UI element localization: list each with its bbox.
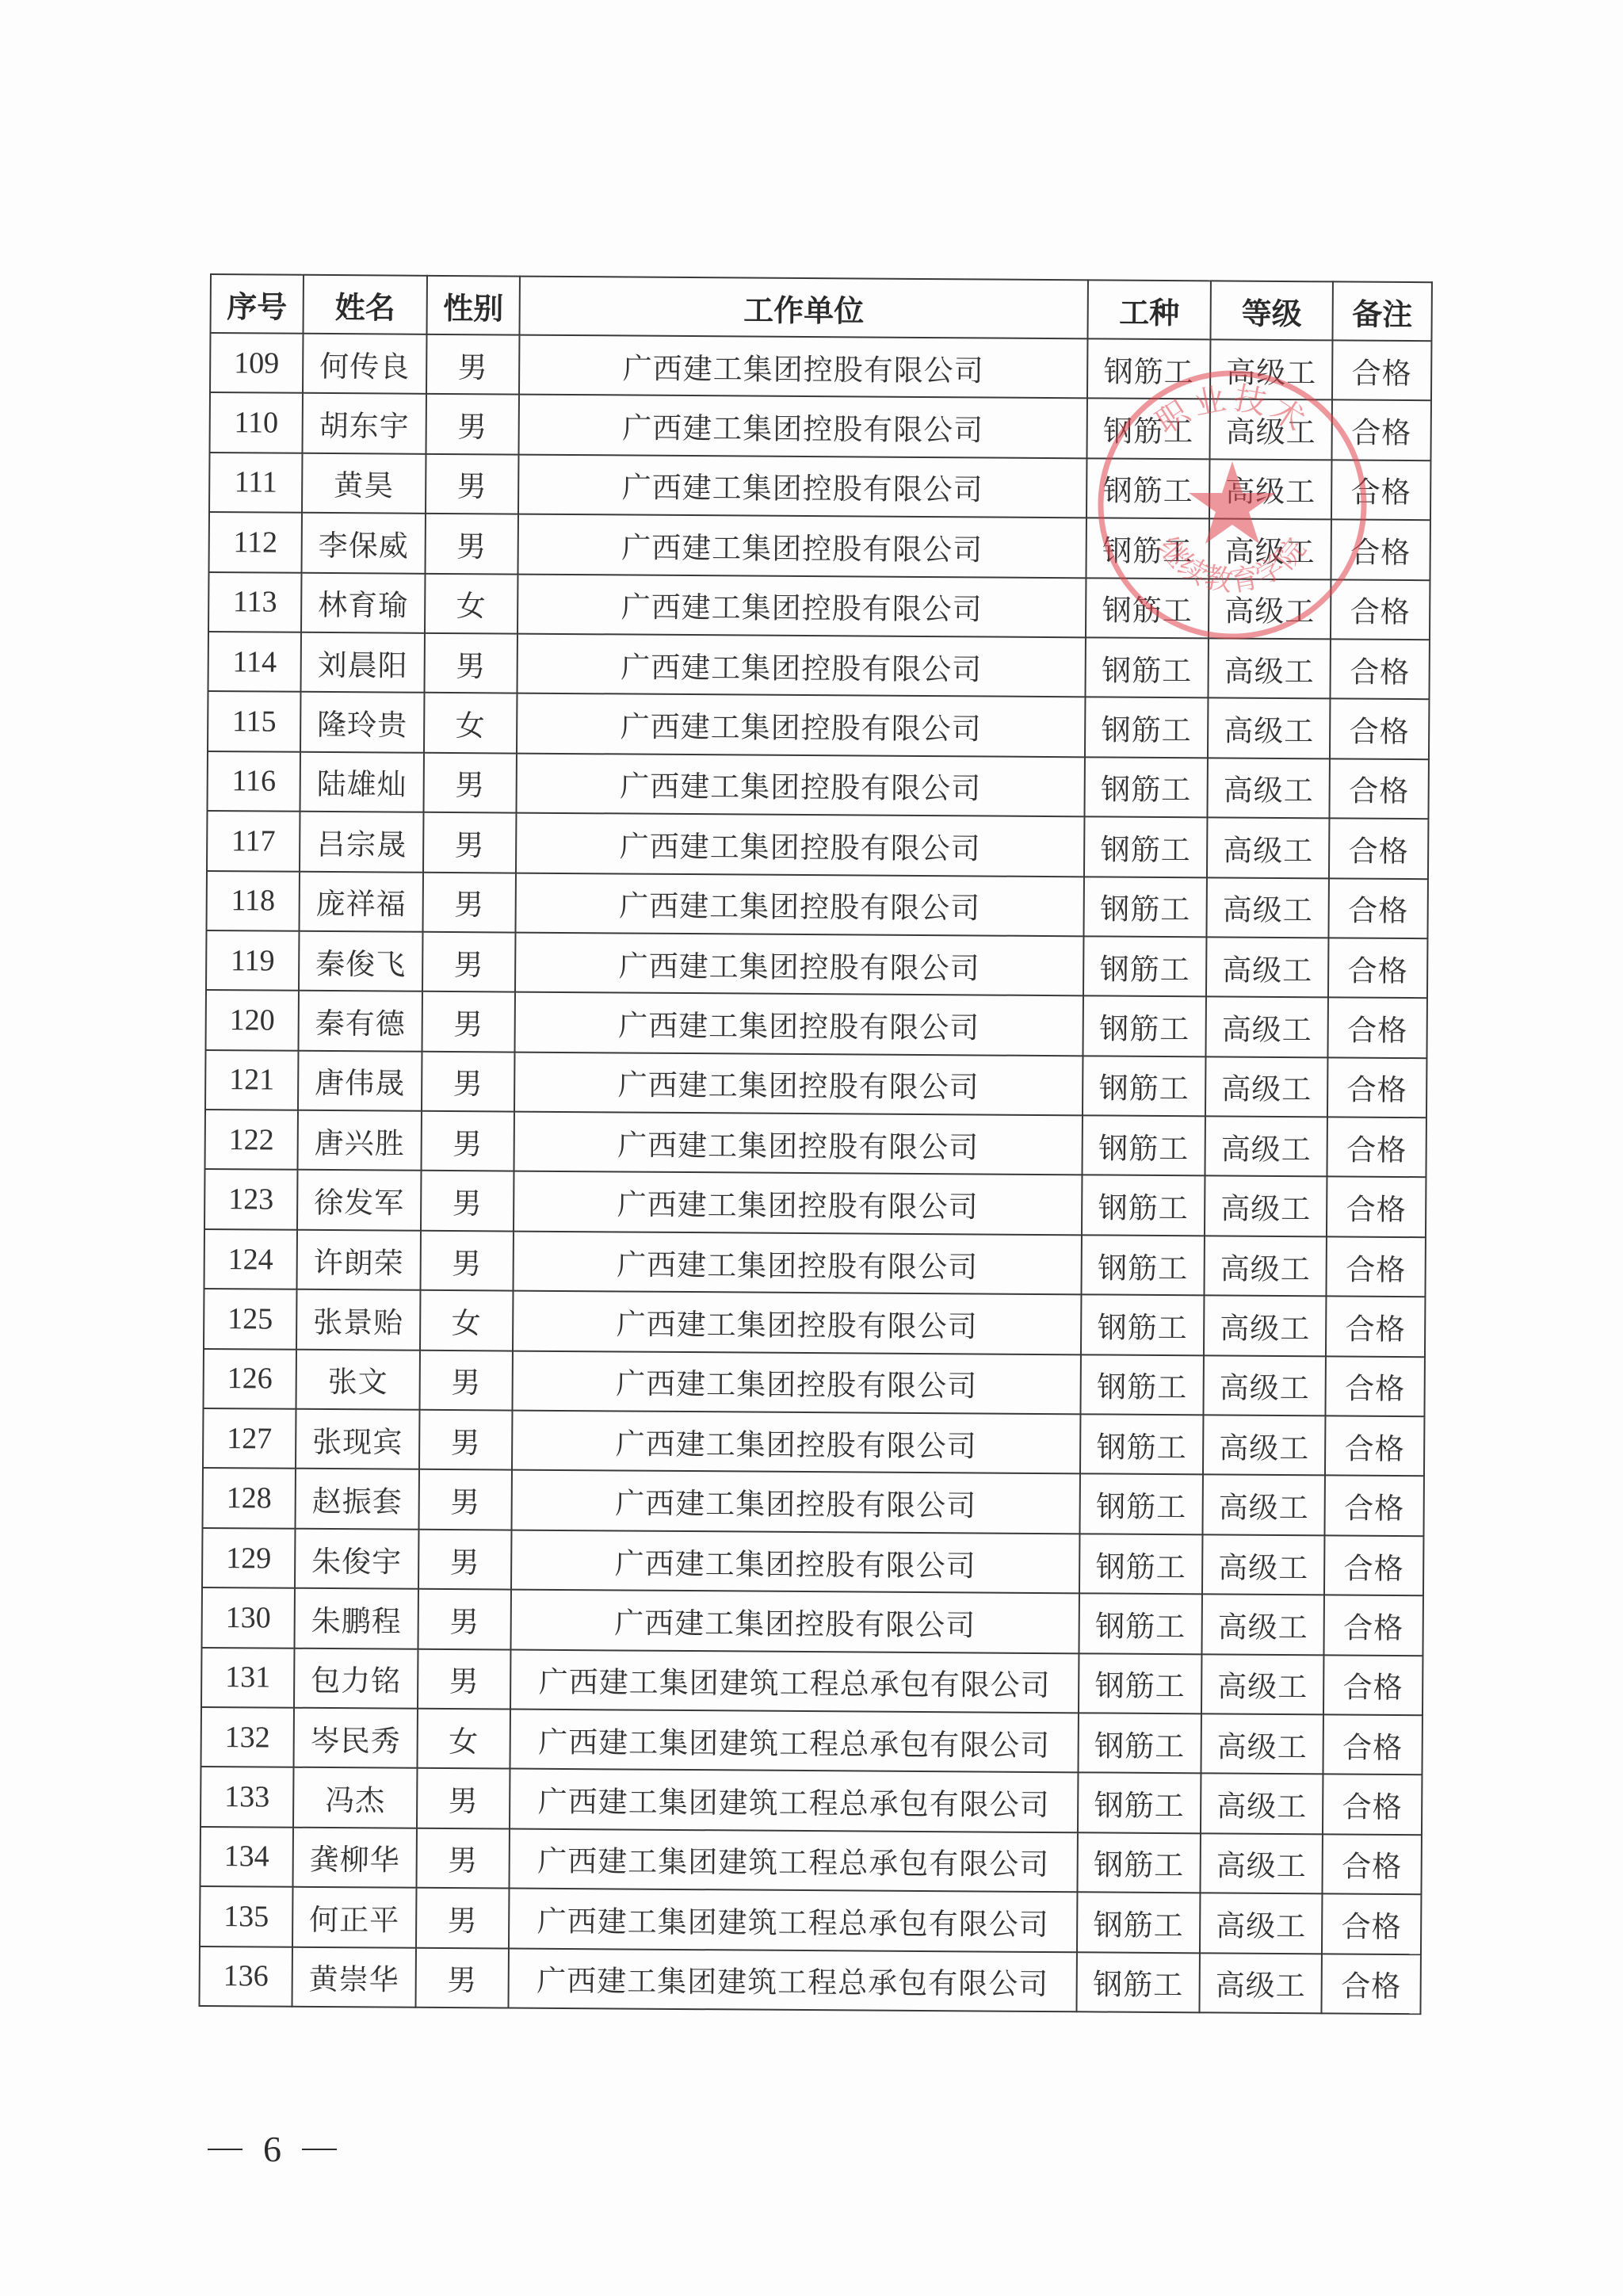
cell-remarks: 合格	[1324, 1535, 1423, 1595]
cell-name: 黄昊	[302, 453, 426, 514]
cell-remarks: 合格	[1327, 1177, 1426, 1237]
header-name: 姓名	[304, 275, 427, 334]
cell-gender: 男	[416, 1888, 509, 1948]
cell-work-unit: 广西建工集团控股有限公司	[512, 1350, 1080, 1414]
cell-trade: 钢筋工	[1085, 697, 1208, 758]
table-row: 130朱鹏程男广西建工集团控股有限公司钢筋工高级工合格	[202, 1587, 1423, 1656]
cell-name: 包力铭	[294, 1648, 418, 1708]
cell-work-unit: 广西建工集团控股有限公司	[514, 992, 1083, 1056]
table-row: 111黄昊男广西建工集团控股有限公司钢筋工高级工合格	[209, 453, 1430, 521]
cell-remarks: 合格	[1323, 1775, 1422, 1835]
cell-serial-number: 118	[207, 871, 300, 931]
cell-trade: 钢筋工	[1079, 1534, 1202, 1594]
cell-serial-number: 122	[205, 1110, 298, 1170]
table-header-row: 序号 姓名 性别 工作单位 工种 等级 备注	[211, 274, 1432, 341]
cell-trade: 钢筋工	[1077, 1832, 1200, 1893]
cell-gender: 男	[419, 1410, 512, 1470]
table-row: 109何传良男广西建工集团控股有限公司钢筋工高级工合格	[210, 333, 1431, 401]
cell-gender: 男	[422, 932, 515, 992]
cell-name: 秦有德	[298, 991, 422, 1051]
header-serial-number: 序号	[211, 274, 304, 334]
cell-name: 黄崇华	[292, 1946, 415, 2007]
cell-remarks: 合格	[1330, 639, 1429, 699]
cell-work-unit: 广西建工集团控股有限公司	[519, 335, 1087, 399]
table-row: 116陆雄灿男广西建工集团控股有限公司钢筋工高级工合格	[208, 751, 1429, 819]
cell-gender: 男	[426, 394, 518, 454]
cell-serial-number: 134	[200, 1827, 293, 1887]
cell-name: 唐伟晟	[298, 1050, 422, 1110]
cell-gender: 男	[422, 1051, 514, 1111]
cell-work-unit: 广西建工集团建筑工程总承包有限公司	[510, 1710, 1078, 1773]
table-row: 113林育瑜女广西建工集团控股有限公司钢筋工高级工合格	[208, 572, 1430, 640]
cell-name: 秦俊飞	[299, 931, 422, 991]
table-row: 121唐伟晟男广西建工集团控股有限公司钢筋工高级工合格	[205, 1050, 1426, 1118]
cell-gender: 男	[418, 1648, 510, 1709]
cell-work-unit: 广西建工集团控股有限公司	[513, 1231, 1081, 1294]
cell-serial-number: 116	[208, 751, 300, 812]
cell-gender: 男	[424, 633, 517, 693]
cell-remarks: 合格	[1329, 758, 1428, 819]
cell-name: 李保威	[301, 513, 425, 573]
cell-trade: 钢筋工	[1086, 518, 1209, 579]
cell-trade: 钢筋工	[1080, 1414, 1203, 1474]
cell-gender: 女	[425, 573, 517, 633]
cell-remarks: 合格	[1331, 520, 1430, 580]
cell-work-unit: 广西建工集团控股有限公司	[512, 1411, 1080, 1474]
cell-level: 高级工	[1201, 1595, 1323, 1655]
cell-gender: 男	[425, 514, 517, 574]
cell-name: 何传良	[303, 334, 426, 394]
cell-name: 张文	[296, 1349, 419, 1409]
cell-work-unit: 广西建工集团控股有限公司	[516, 813, 1084, 877]
table-row: 127张现宾男广西建工集团控股有限公司钢筋工高级工合格	[203, 1408, 1424, 1477]
cell-gender: 男	[423, 753, 516, 813]
cell-work-unit: 广西建工集团建筑工程总承包有限公司	[509, 1828, 1077, 1892]
cell-name: 何正平	[292, 1887, 416, 1947]
table-row: 132岑民秀女广西建工集团建筑工程总承包有限公司钢筋工高级工合格	[201, 1707, 1423, 1775]
cell-remarks: 合格	[1331, 400, 1430, 460]
cell-name: 朱鹏程	[294, 1588, 418, 1648]
cell-remarks: 合格	[1332, 340, 1431, 400]
cell-work-unit: 广西建工集团控股有限公司	[514, 1052, 1083, 1115]
cell-remarks: 合格	[1327, 1057, 1426, 1117]
table-row: 131包力铭男广西建工集团建筑工程总承包有限公司钢筋工高级工合格	[201, 1648, 1423, 1716]
cell-trade: 钢筋工	[1086, 458, 1209, 518]
cell-remarks: 合格	[1322, 1834, 1421, 1894]
cell-name: 许朗荣	[296, 1230, 420, 1290]
page-number: 6	[263, 2128, 281, 2170]
cell-serial-number: 130	[202, 1587, 295, 1648]
table-row: 129朱俊宇男广西建工集团控股有限公司钢筋工高级工合格	[202, 1528, 1423, 1596]
cell-remarks: 合格	[1325, 1415, 1424, 1476]
table-row: 128赵振套男广西建工集团控股有限公司钢筋工高级工合格	[203, 1468, 1424, 1536]
cell-work-unit: 广西建工集团控股有限公司	[511, 1530, 1079, 1593]
cell-serial-number: 136	[200, 1946, 292, 2007]
cell-name: 林育瑜	[301, 572, 425, 632]
cell-name: 陆雄灿	[300, 752, 423, 812]
cell-level: 高级工	[1209, 519, 1331, 579]
cell-name: 唐兴胜	[297, 1110, 421, 1171]
cell-name: 赵振套	[295, 1469, 418, 1529]
cell-serial-number: 126	[204, 1349, 296, 1409]
cell-trade: 钢筋工	[1086, 399, 1209, 459]
cell-gender: 男	[418, 1589, 510, 1649]
cell-gender: 男	[426, 454, 518, 514]
cell-serial-number: 119	[206, 930, 299, 991]
cell-serial-number: 124	[204, 1229, 297, 1289]
cell-gender: 男	[416, 1828, 509, 1889]
cell-work-unit: 广西建工集团控股有限公司	[515, 932, 1083, 995]
cell-serial-number: 133	[200, 1767, 293, 1827]
header-level: 等级	[1210, 281, 1332, 340]
cell-remarks: 合格	[1327, 1117, 1426, 1177]
dash-left	[208, 2149, 242, 2150]
table-row: 125张景贻女广西建工集团控股有限公司钢筋工高级工合格	[204, 1289, 1425, 1357]
table-row: 115隆玲贵女广西建工集团控股有限公司钢筋工高级工合格	[208, 691, 1429, 759]
cell-level: 高级工	[1210, 339, 1332, 399]
cell-trade: 钢筋工	[1083, 1056, 1205, 1116]
cell-remarks: 合格	[1330, 699, 1429, 759]
cell-serial-number: 121	[205, 1050, 298, 1110]
cell-gender: 男	[423, 812, 516, 873]
cell-serial-number: 131	[201, 1648, 294, 1708]
cell-trade: 钢筋工	[1077, 1892, 1200, 1952]
cell-name: 庞祥福	[299, 871, 422, 931]
cell-level: 高级工	[1207, 817, 1329, 877]
cell-level: 高级工	[1202, 1534, 1324, 1595]
cell-level: 高级工	[1204, 1236, 1326, 1296]
cell-trade: 钢筋工	[1082, 1175, 1205, 1236]
cell-level: 高级工	[1201, 1774, 1323, 1834]
table-row: 112李保威男广西建工集团控股有限公司钢筋工高级工合格	[209, 512, 1430, 580]
cell-work-unit: 广西建工集团控股有限公司	[514, 1112, 1082, 1175]
dash-right	[302, 2149, 337, 2150]
cell-remarks: 合格	[1329, 819, 1428, 879]
cell-name: 徐发军	[297, 1170, 421, 1230]
cell-work-unit: 广西建工集团控股有限公司	[517, 634, 1085, 697]
cell-serial-number: 123	[204, 1169, 297, 1229]
cell-name: 刘晨阳	[300, 632, 424, 693]
cell-gender: 男	[418, 1530, 511, 1590]
cell-remarks: 合格	[1328, 938, 1427, 998]
cell-level: 高级工	[1209, 399, 1331, 460]
cell-trade: 钢筋工	[1079, 1594, 1201, 1654]
cell-remarks: 合格	[1321, 1954, 1420, 2014]
cell-remarks: 合格	[1323, 1595, 1423, 1656]
table-row: 110胡东宇男广西建工集团控股有限公司钢筋工高级工合格	[210, 392, 1431, 460]
cell-gender: 男	[426, 334, 519, 395]
cell-level: 高级工	[1204, 1296, 1326, 1356]
cell-serial-number: 129	[202, 1528, 295, 1588]
cell-serial-number: 117	[207, 811, 300, 871]
cell-remarks: 合格	[1326, 1297, 1425, 1357]
cell-gender: 男	[415, 1947, 508, 2008]
cell-trade: 钢筋工	[1081, 1235, 1204, 1295]
header-work-unit: 工作单位	[519, 277, 1087, 339]
cell-serial-number: 125	[204, 1289, 296, 1349]
cell-level: 高级工	[1208, 698, 1330, 758]
cell-gender: 男	[421, 1111, 514, 1171]
table-row: 117吕宗晟男广西建工集团控股有限公司钢筋工高级工合格	[207, 811, 1428, 879]
table-row: 133冯杰男广西建工集团建筑工程总承包有限公司钢筋工高级工合格	[200, 1767, 1422, 1835]
cell-remarks: 合格	[1326, 1236, 1425, 1297]
cell-gender: 女	[424, 693, 517, 753]
cell-trade: 钢筋工	[1076, 1952, 1199, 2012]
cell-work-unit: 广西建工集团控股有限公司	[513, 1291, 1081, 1354]
cell-trade: 钢筋工	[1078, 1713, 1201, 1773]
cell-level: 高级工	[1203, 1355, 1325, 1415]
cell-serial-number: 113	[208, 572, 301, 632]
cell-level: 高级工	[1205, 1176, 1327, 1236]
cell-work-unit: 广西建工集团控股有限公司	[518, 454, 1086, 518]
header-trade: 工种	[1087, 280, 1210, 339]
cell-level: 高级工	[1203, 1415, 1325, 1475]
roster-table-container: 序号 姓名 性别 工作单位 工种 等级 备注 109何传良男广西建工集团控股有限…	[198, 273, 1432, 2015]
cell-gender: 男	[419, 1350, 512, 1410]
cell-remarks: 合格	[1331, 579, 1430, 640]
cell-level: 高级工	[1206, 877, 1328, 938]
table-row: 122唐兴胜男广西建工集团控股有限公司钢筋工高级工合格	[205, 1110, 1426, 1178]
table-row: 123徐发军男广西建工集团控股有限公司钢筋工高级工合格	[204, 1169, 1426, 1237]
cell-serial-number: 120	[206, 990, 299, 1050]
cell-name: 冯杰	[293, 1767, 417, 1828]
document-page: 序号 姓名 性别 工作单位 工种 等级 备注 109何传良男广西建工集团控股有限…	[0, 0, 1623, 2296]
table-row: 136黄崇华男广西建工集团建筑工程总承包有限公司钢筋工高级工合格	[200, 1946, 1421, 2015]
cell-level: 高级工	[1207, 758, 1329, 818]
cell-name: 张现宾	[296, 1409, 419, 1469]
table-row: 134龚柳华男广西建工集团建筑工程总承包有限公司钢筋工高级工合格	[200, 1827, 1422, 1895]
cell-trade: 钢筋工	[1085, 637, 1208, 697]
cell-trade: 钢筋工	[1083, 877, 1206, 937]
cell-work-unit: 广西建工集团控股有限公司	[516, 753, 1084, 816]
cell-trade: 钢筋工	[1079, 1474, 1202, 1534]
cell-level: 高级工	[1209, 579, 1331, 639]
cell-remarks: 合格	[1322, 1894, 1421, 1954]
cell-serial-number: 127	[203, 1408, 296, 1469]
table-row: 119秦俊飞男广西建工集团控股有限公司钢筋工高级工合格	[206, 930, 1427, 999]
cell-trade: 钢筋工	[1083, 936, 1206, 996]
cell-gender: 男	[421, 1171, 514, 1231]
cell-work-unit: 广西建工集团建筑工程总承包有限公司	[508, 1948, 1076, 2011]
cell-gender: 男	[422, 991, 514, 1052]
cell-serial-number: 132	[201, 1707, 294, 1767]
cell-trade: 钢筋工	[1086, 578, 1209, 638]
cell-work-unit: 广西建工集团控股有限公司	[517, 574, 1086, 637]
cell-trade: 钢筋工	[1081, 1295, 1204, 1355]
cell-remarks: 合格	[1331, 460, 1430, 520]
table-body: 109何传良男广西建工集团控股有限公司钢筋工高级工合格110胡东宇男广西建工集团…	[200, 333, 1432, 2014]
cell-name: 张景贻	[296, 1289, 420, 1350]
cell-serial-number: 135	[200, 1886, 292, 1946]
cell-name: 龚柳华	[292, 1828, 416, 1888]
cell-trade: 钢筋工	[1087, 338, 1210, 399]
cell-serial-number: 109	[210, 333, 303, 393]
cell-level: 高级工	[1205, 1056, 1327, 1117]
table-row: 114刘晨阳男广西建工集团控股有限公司钢筋工高级工合格	[208, 632, 1430, 700]
table-row: 118庞祥福男广西建工集团控股有限公司钢筋工高级工合格	[207, 871, 1428, 939]
cell-level: 高级工	[1200, 1893, 1322, 1953]
cell-remarks: 合格	[1325, 1356, 1424, 1416]
cell-work-unit: 广西建工集团控股有限公司	[517, 514, 1086, 578]
cell-level: 高级工	[1208, 638, 1330, 698]
page-number-footer: 6	[208, 2128, 337, 2170]
cell-serial-number: 112	[209, 512, 302, 572]
cell-level: 高级工	[1206, 937, 1328, 997]
header-gender: 性别	[426, 276, 519, 335]
cell-level: 高级工	[1201, 1713, 1323, 1774]
cell-gender: 男	[420, 1231, 513, 1291]
cell-name: 朱俊宇	[295, 1529, 418, 1589]
cell-work-unit: 广西建工集团建筑工程总承包有限公司	[510, 1649, 1079, 1713]
cell-level: 高级工	[1201, 1654, 1323, 1714]
cell-level: 高级工	[1200, 1833, 1322, 1893]
cell-level: 高级工	[1199, 1953, 1321, 2013]
cell-gender: 男	[422, 872, 515, 932]
cell-trade: 钢筋工	[1078, 1773, 1201, 1833]
header-remarks: 备注	[1332, 281, 1431, 341]
cell-serial-number: 115	[208, 691, 300, 751]
cell-level: 高级工	[1202, 1475, 1324, 1535]
cell-trade: 钢筋工	[1079, 1653, 1201, 1713]
cell-serial-number: 128	[203, 1468, 296, 1528]
cell-work-unit: 广西建工集团控股有限公司	[510, 1590, 1079, 1653]
cell-gender: 女	[417, 1709, 510, 1769]
cell-serial-number: 111	[209, 453, 302, 513]
table-row: 120秦有德男广西建工集团控股有限公司钢筋工高级工合格	[206, 990, 1427, 1058]
cell-level: 高级工	[1209, 459, 1331, 519]
cell-remarks: 合格	[1328, 878, 1427, 938]
cell-trade: 钢筋工	[1082, 1115, 1205, 1175]
roster-table: 序号 姓名 性别 工作单位 工种 等级 备注 109何传良男广西建工集团控股有限…	[198, 273, 1432, 2015]
cell-level: 高级工	[1205, 1116, 1327, 1176]
cell-work-unit: 广西建工集团控股有限公司	[514, 1171, 1082, 1235]
cell-work-unit: 广西建工集团控股有限公司	[515, 873, 1083, 936]
cell-trade: 钢筋工	[1080, 1354, 1203, 1415]
cell-gender: 男	[417, 1768, 510, 1828]
cell-remarks: 合格	[1327, 998, 1426, 1058]
cell-gender: 男	[418, 1469, 511, 1530]
cell-work-unit: 广西建工集团建筑工程总承包有限公司	[510, 1769, 1078, 1832]
cell-serial-number: 114	[208, 632, 301, 692]
cell-name: 隆玲贵	[300, 692, 424, 752]
cell-work-unit: 广西建工集团控股有限公司	[517, 693, 1085, 757]
cell-gender: 女	[420, 1290, 513, 1350]
table-row: 135何正平男广西建工集团建筑工程总承包有限公司钢筋工高级工合格	[200, 1886, 1421, 1954]
cell-serial-number: 110	[210, 392, 303, 453]
cell-trade: 钢筋工	[1083, 996, 1205, 1056]
cell-work-unit: 广西建工集团建筑工程总承包有限公司	[509, 1889, 1077, 1952]
cell-name: 岑民秀	[293, 1708, 417, 1768]
cell-trade: 钢筋工	[1084, 816, 1207, 877]
cell-remarks: 合格	[1323, 1655, 1423, 1715]
table-row: 124许朗荣男广西建工集团控股有限公司钢筋工高级工合格	[204, 1229, 1426, 1297]
cell-trade: 钢筋工	[1084, 757, 1207, 817]
cell-name: 吕宗晟	[300, 812, 423, 872]
cell-work-unit: 广西建工集团控股有限公司	[511, 1470, 1079, 1534]
table-row: 126张文男广西建工集团控股有限公司钢筋工高级工合格	[204, 1349, 1425, 1417]
cell-remarks: 合格	[1323, 1714, 1422, 1775]
cell-level: 高级工	[1205, 997, 1327, 1057]
cell-work-unit: 广西建工集团控股有限公司	[518, 395, 1086, 458]
cell-name: 胡东宇	[302, 393, 426, 453]
cell-remarks: 合格	[1324, 1476, 1423, 1536]
